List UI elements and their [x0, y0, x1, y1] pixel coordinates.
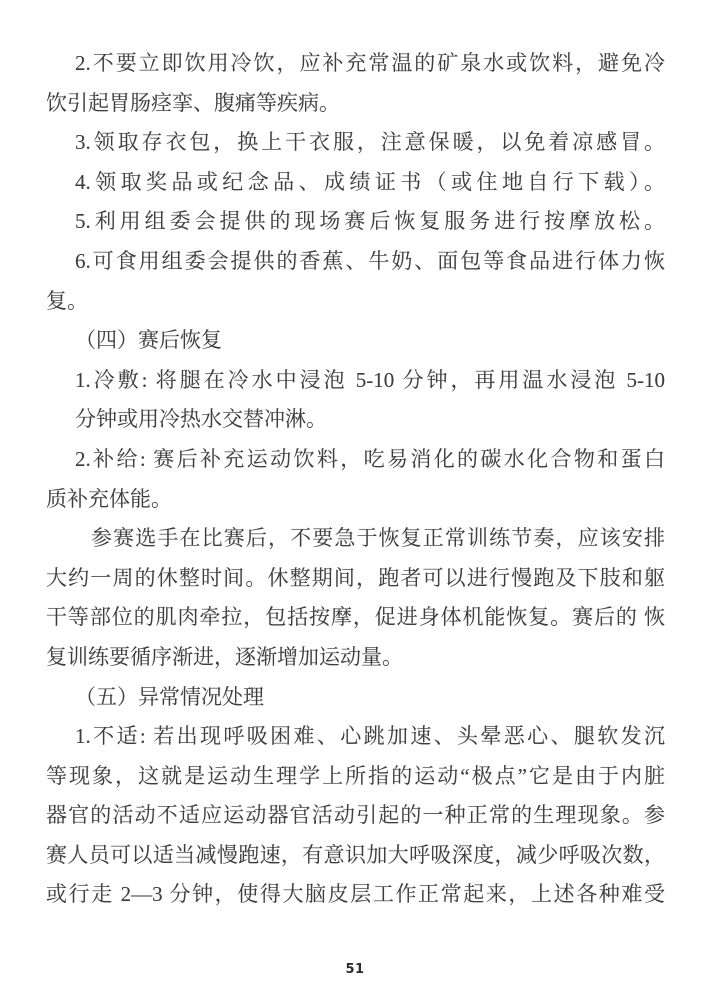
text-line: 3.领取存衣包，换上干衣服，注意保暖，以免着凉感冒。 [46, 123, 665, 163]
text-line: 参赛选手在比赛后，不要急于恢复正常训练节奏，应该安排 [46, 519, 665, 559]
text-line: 2.补给: 赛后补充运动饮料，吃易消化的碳水化合物和蛋白 [46, 440, 665, 480]
text-line: 饮引起胃肠痉挛、腹痛等疾病。 [46, 84, 665, 124]
text-line: 2.不要立即饮用冷饮，应补充常温的矿泉水或饮料，避免冷 [46, 44, 665, 84]
page-number: 51 [345, 962, 364, 977]
text-line: 1.不适: 若出现呼吸困难、心跳加速、头晕恶心、腿软发沉 [46, 717, 665, 757]
text-line: 大约一周的休整时间。休整期间，跑者可以进行慢跑及下肢和躯 [46, 559, 665, 599]
text-line: 1.冷敷: 将腿在冷水中浸泡 5-10 分钟，再用温水浸泡 5-10 [46, 361, 665, 401]
text-line: 器官的活动不适应运动器官活动引起的一种正常的生理现象。参 [46, 796, 665, 836]
text-line: 质补充体能。 [46, 480, 665, 520]
text-line: 赛人员可以适当减慢跑速，有意识加大呼吸深度，减少呼吸次数， [46, 836, 665, 876]
text-line: 6.可食用组委会提供的香蕉、牛奶、面包等食品进行体力恢 [46, 242, 665, 282]
section-heading-line: （五）异常情况处理 [46, 678, 665, 718]
section-heading-line: （四）赛后恢复 [46, 321, 665, 361]
document-page: 2.不要立即饮用冷饮，应补充常温的矿泉水或饮料，避免冷饮引起胃肠痉挛、腹痛等疾病… [0, 0, 710, 1005]
text-line: 复训练要循序渐进，逐渐增加运动量。 [46, 638, 665, 678]
text-line: 4.领取奖品或纪念品、成绩证书（或住地自行下载）。 [46, 163, 665, 203]
text-line: 干等部位的肌肉牵拉，包括按摩，促进身体机能恢复。赛后的 恢 [46, 598, 665, 638]
text-line: 或行走 2—3 分钟，使得大脑皮层工作正常起来，上述各种难受 [46, 875, 665, 915]
text-line: 等现象，这就是运动生理学上所指的运动“极点”它是由于内脏 [46, 757, 665, 797]
page-footer: 51 [0, 960, 710, 978]
text-line: 5.利用组委会提供的现场赛后恢复服务进行按摩放松。 [46, 202, 665, 242]
text-line: 分钟或用冷热水交替冲淋。 [46, 400, 665, 440]
document-body: 2.不要立即饮用冷饮，应补充常温的矿泉水或饮料，避免冷饮引起胃肠痉挛、腹痛等疾病… [46, 44, 665, 915]
text-line: 复。 [46, 282, 665, 322]
